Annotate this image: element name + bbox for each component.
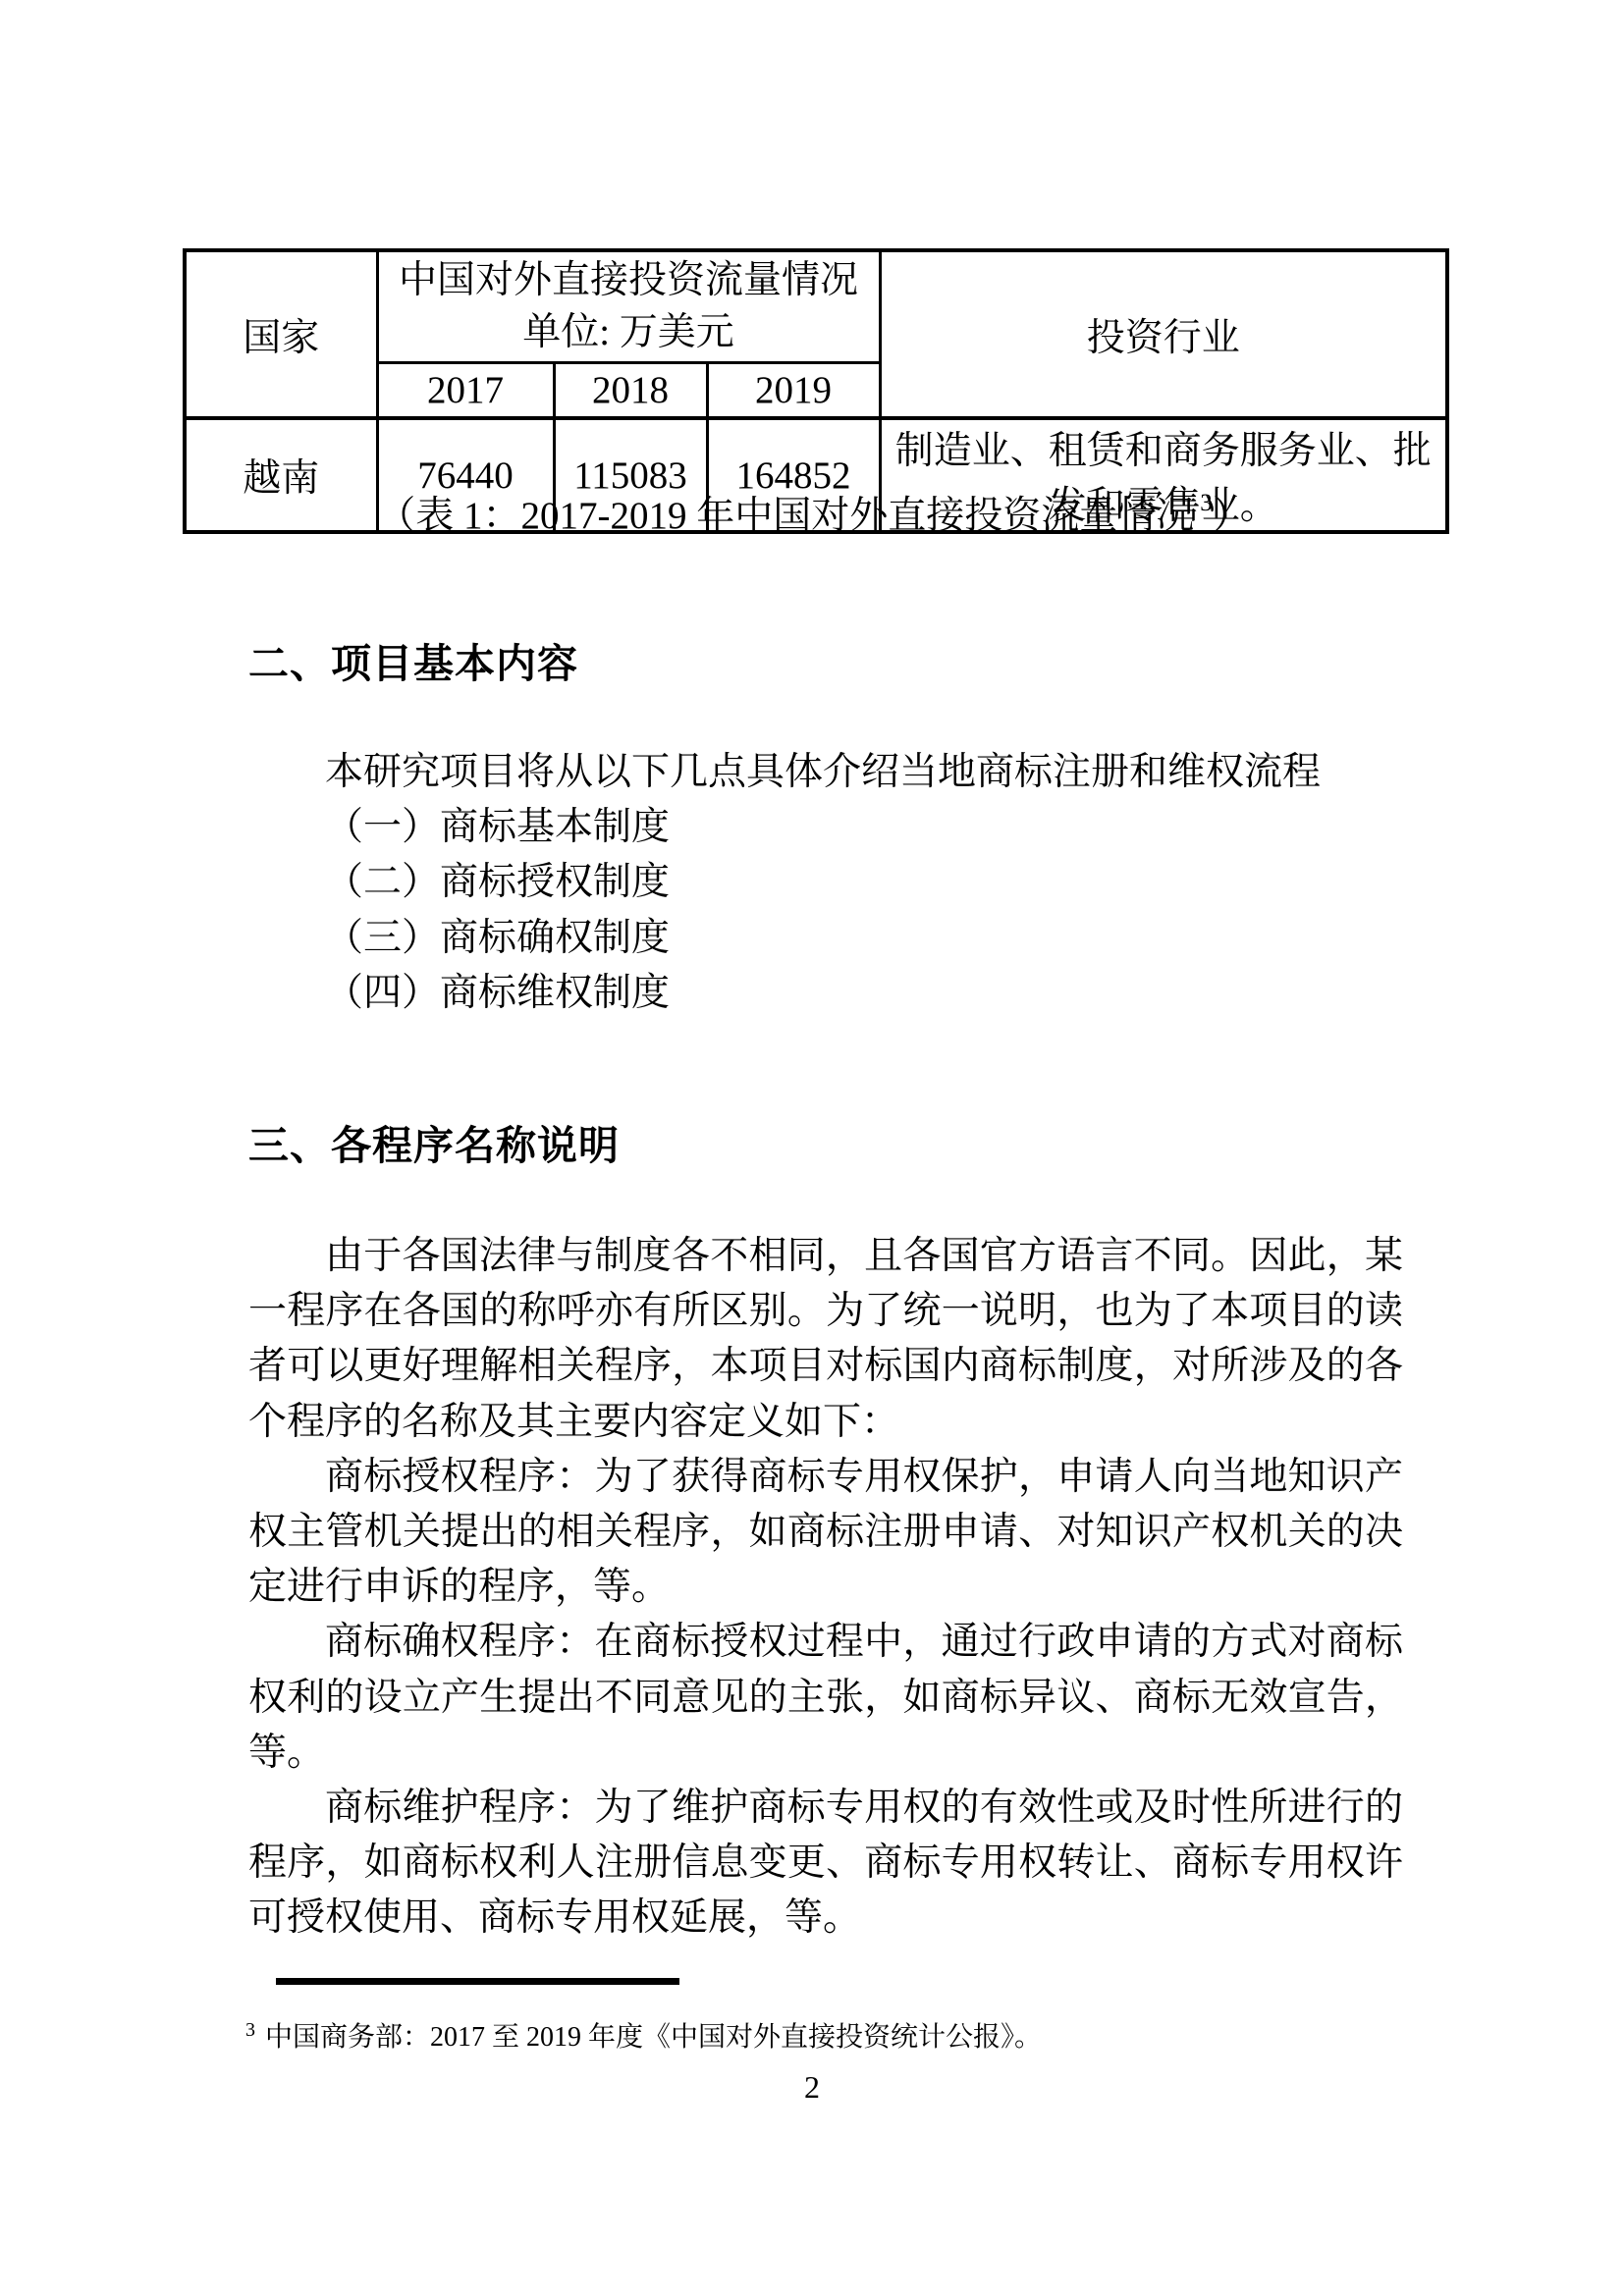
section-3-content: 由于各国法律与制度各不相同，且各国官方语言不同。因此，某一程序在各国的称呼亦有所… bbox=[248, 1229, 1403, 1947]
list-item-1: （一）商标基本制度 bbox=[248, 800, 1403, 855]
footnote-text: 中国商务部：2017 至 2019 年度《中国对外直接投资统计公报》。 bbox=[265, 2022, 1042, 2053]
footnote-separator bbox=[276, 1978, 679, 1985]
list-item-3: （三）商标确权制度 bbox=[248, 911, 1403, 966]
caption-footnote-ref: 3 bbox=[1200, 490, 1213, 516]
paragraph-overview: 由于各国法律与制度各不相同，且各国官方语言不同。因此，某一程序在各国的称呼亦有所… bbox=[248, 1229, 1403, 1450]
header-flow-cell: 中国对外直接投资流量情况 单位: 万美元 bbox=[377, 250, 880, 362]
list-item-4: （四）商标维权制度 bbox=[248, 966, 1403, 1021]
paragraph-confirmation: 商标确权程序：在商标授权过程中，通过行政申请的方式对商标权利的设立产生提出不同意… bbox=[248, 1615, 1403, 1781]
table-caption: （表 1：2017-2019 年中国对外直接投资流量情况3） bbox=[183, 479, 1445, 541]
page-number: 2 bbox=[0, 2069, 1624, 2105]
year-header-2018: 2018 bbox=[554, 362, 707, 418]
year-header-2017: 2017 bbox=[377, 362, 554, 418]
table-caption-text: （表 1：2017-2019 年中国对外直接投资流量情况 bbox=[377, 495, 1194, 537]
paragraph-maintenance: 商标维护程序：为了维护商标专用权的有效性或及时性所进行的程序，如商标权利人注册信… bbox=[248, 1781, 1403, 1947]
table-header-row-1: 国家 中国对外直接投资流量情况 单位: 万美元 投资行业 bbox=[185, 250, 1447, 362]
document-page: 国家 中国对外直接投资流量情况 单位: 万美元 投资行业 2017 2018 2… bbox=[0, 0, 1624, 2296]
flow-unit: 单位: 万美元 bbox=[379, 306, 879, 358]
section-heading-3: 三、各程序名称说明 bbox=[248, 1122, 620, 1169]
paragraph-authorization: 商标授权程序：为了获得商标专用权保护，申请人向当地知识产权主管机关提出的相关程序… bbox=[248, 1450, 1403, 1616]
header-industry-cell: 投资行业 bbox=[880, 250, 1447, 418]
section-2-intro: 本研究项目将从以下几点具体介绍当地商标注册和维权流程 bbox=[248, 745, 1403, 800]
list-item-2: （二）商标授权制度 bbox=[248, 855, 1403, 910]
section-heading-2: 二、项目基本内容 bbox=[248, 640, 578, 687]
header-country-cell: 国家 bbox=[185, 250, 377, 418]
section-2-content: 本研究项目将从以下几点具体介绍当地商标注册和维权流程 （一）商标基本制度 （二）… bbox=[248, 745, 1403, 1021]
flow-title: 中国对外直接投资流量情况 bbox=[379, 254, 879, 306]
footnote-ref: 3 bbox=[245, 2019, 255, 2041]
year-header-2019: 2019 bbox=[707, 362, 880, 418]
table-caption-close: ） bbox=[1213, 495, 1251, 537]
footnote: 3中国商务部：2017 至 2019 年度《中国对外直接投资统计公报》。 bbox=[245, 2010, 1400, 2057]
